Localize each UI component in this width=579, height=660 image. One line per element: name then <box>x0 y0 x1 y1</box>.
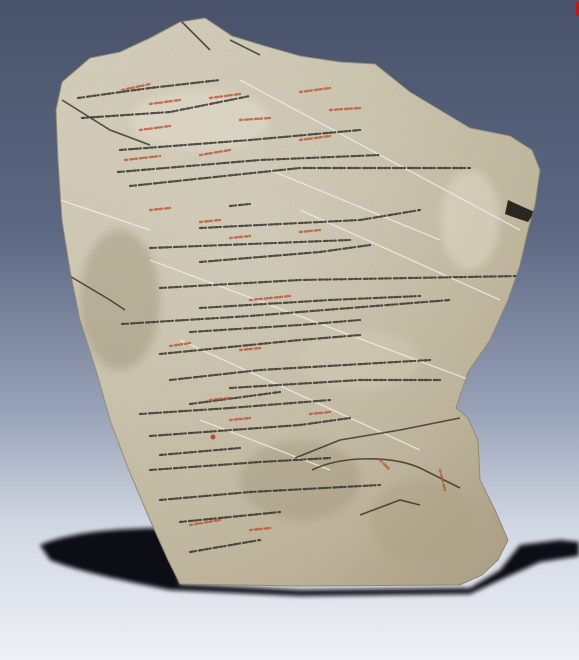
red-ink-dot <box>211 435 216 440</box>
photo-scene: Limestone ostracon with hieratic inscrip… <box>0 0 579 660</box>
ostracon-photo <box>0 0 579 660</box>
